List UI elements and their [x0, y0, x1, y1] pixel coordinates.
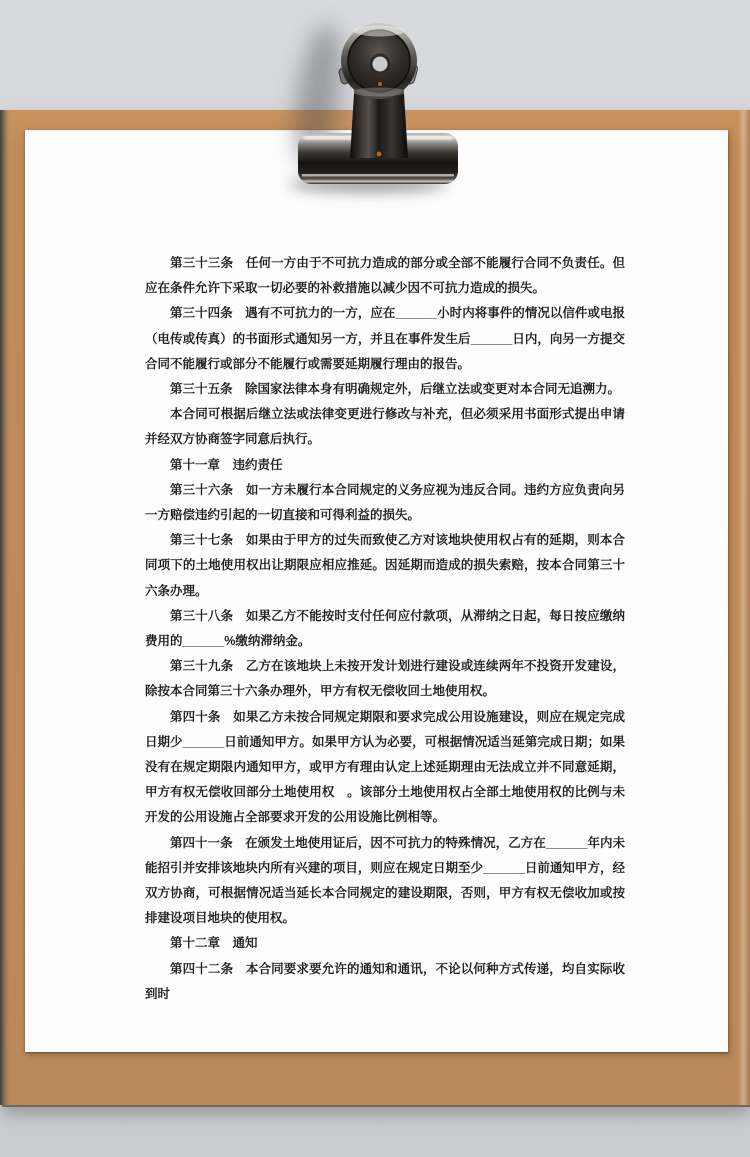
contract-page: 第三十三条 任何一方由于不可抗力造成的部分或全部不能履行合同不负责任。但应在条件…	[25, 130, 728, 1052]
contract-text: 第三十三条 任何一方由于不可抗力造成的部分或全部不能履行合同不负责任。但应在条件…	[145, 251, 625, 1007]
contract-clause: 第三十五条 除国家法律本身有明确规定外，后继立法或变更对本合同无追溯力。	[145, 377, 625, 402]
scene: 第三十三条 任何一方由于不可抗力造成的部分或全部不能履行合同不负责任。但应在条件…	[0, 0, 750, 1157]
contract-clause: 第三十三条 任何一方由于不可抗力造成的部分或全部不能履行合同不负责任。但应在条件…	[145, 251, 625, 301]
contract-clause: 第四十二条 本合同要求要允许的通知和通讯，不论以何种方式传递，均自实际收到时	[145, 957, 625, 1007]
contract-clause: 第四十条 如果乙方未按合同规定期限和要求完成公用设施建设，则应在规定完成日期少_…	[145, 705, 625, 831]
contract-clause: 第四十一条 在颁发土地使用证后，因不可抗力的特殊情况，乙方在______年内未能…	[145, 831, 625, 932]
contract-clause: 第三十七条 如果由于甲方的过失而致使乙方对该地块使用权占有的延期，则本合同项下的…	[145, 528, 625, 604]
contract-clause: 本合同可根据后继立法或法律变更进行修改与补充，但必须采用书面形式提出申请并经双方…	[145, 402, 625, 452]
contract-clause: 第三十九条 乙方在该地块上未按开发计划进行建设或连续两年不投资开发建设，除按本合…	[145, 654, 625, 704]
contract-clause: 第三十四条 遇有不可抗力的一方，应在______小时内将事件的情况以信件或电报（…	[145, 301, 625, 377]
binder-clip-icon	[288, 6, 470, 202]
clipboard: 第三十三条 任何一方由于不可抗力造成的部分或全部不能履行合同不负责任。但应在条件…	[2, 110, 750, 1105]
contract-clause: 第三十六条 如一方未履行本合同规定的义务应视为违反合同。违约方应负责向另一方赔偿…	[145, 478, 625, 528]
chapter-heading: 第十二章 通知	[145, 931, 625, 956]
contract-clause: 第三十八条 如果乙方不能按时支付任何应付款项，从滞纳之日起，每日按应缴纳费用的_…	[145, 604, 625, 654]
chapter-heading: 第十一章 违约责任	[145, 453, 625, 478]
